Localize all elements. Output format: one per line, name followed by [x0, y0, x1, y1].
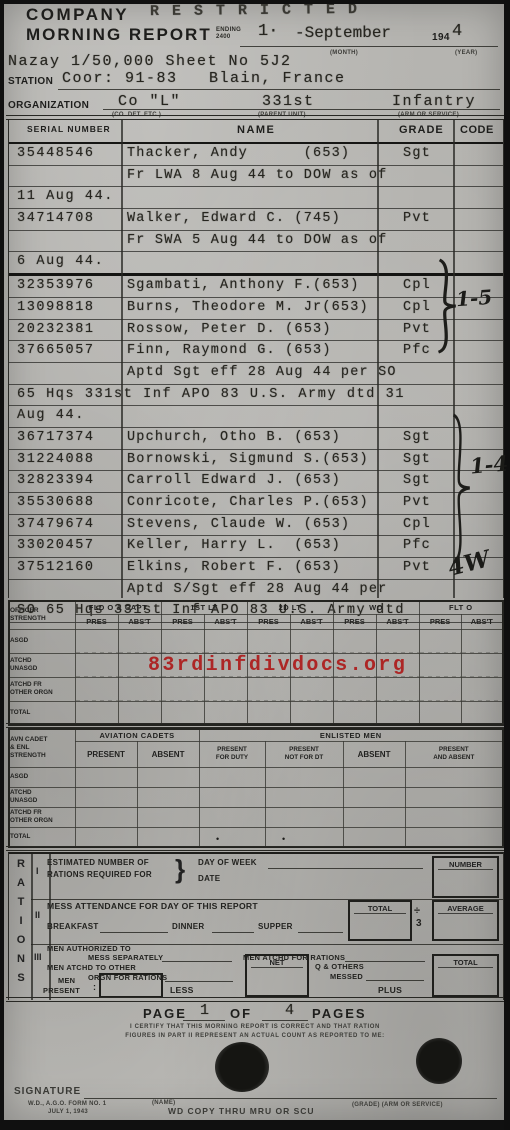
day-of-week-line: [268, 868, 423, 869]
name-cell: Thacker, Andy (653): [127, 146, 350, 161]
pres-header: PRES: [247, 614, 290, 629]
enlisted-strength-table: AVN CADET & ENL STRENGTH AVIATION CADETS…: [8, 728, 504, 848]
total2-box-label: TOTAL: [438, 958, 493, 968]
serial-cell: 20232381: [17, 322, 95, 337]
empty-cell: [199, 787, 265, 807]
table-row: 35448546 Thacker, Andy (653) Sgt: [9, 144, 503, 166]
present-header: PRESENT: [75, 741, 137, 767]
organization-company: Co "L": [118, 93, 181, 110]
strength-row-label: ASGD: [9, 767, 75, 787]
strength-row-label: ATCHD UNASGD: [9, 787, 75, 807]
empty-cell: [161, 701, 204, 725]
name-cell: Keller, Harry L. (653): [127, 538, 341, 553]
empty-cell: [405, 807, 503, 827]
empty-cell: [376, 701, 419, 725]
name-cell: Carroll Edward J. (653): [127, 473, 341, 488]
wd-copy-line: WD COPY THRU MRU OR SCU: [168, 1106, 315, 1116]
ink-dot: •: [282, 834, 285, 844]
empty-cell: [75, 767, 137, 787]
organization-arm: Infantry: [392, 93, 476, 110]
grade-cell: Pvt: [381, 495, 453, 510]
empty-cell: [376, 677, 419, 701]
signature-line: [84, 1098, 497, 1099]
scan-edge: [0, 0, 4, 1130]
empty-cell: [199, 767, 265, 787]
pres-header: PRES: [333, 614, 376, 629]
of-label: OF: [230, 1006, 252, 1021]
table-row: 37479674 Stevens, Claude W. (653) Cpl: [9, 515, 503, 537]
strength-row-label: ASGD: [9, 629, 75, 653]
colon-mark: :: [93, 982, 96, 992]
table-row: Aug 44.: [9, 406, 503, 428]
strength-row-label: TOTAL: [9, 827, 75, 847]
name-cell: Stevens, Claude W. (653): [127, 517, 350, 532]
table-row: 32353976 Sgambati, Anthony F.(653) Cpl: [9, 276, 503, 298]
fld-o-capt-header: FLD O & CAPT: [75, 601, 161, 614]
total2-box: TOTAL: [432, 954, 499, 997]
punch-hole: [416, 1038, 462, 1084]
table-row: 65 Hqs 331st Inf APO 83 U.S. Army dtd 31: [9, 385, 503, 407]
year-prefix: 194: [432, 32, 450, 43]
q-and-others-line2: MESSED: [330, 972, 363, 981]
aviation-cadets-header: AVIATION CADETS: [75, 729, 199, 741]
net-box-label: NET: [251, 958, 303, 968]
organization-label: ORGANIZATION: [8, 100, 89, 111]
serial-cell: 33020457: [17, 538, 95, 553]
wo-header: WO: [333, 601, 419, 614]
empty-cell: [204, 677, 247, 701]
number-box-label: NUMBER: [438, 860, 493, 870]
serial-cell: 32823394: [17, 473, 95, 488]
station-value: Coor: 91-83 Blain, France: [62, 70, 346, 87]
breakfast-line: [100, 932, 168, 933]
serial-cell: 11 Aug 44.: [17, 189, 114, 204]
empty-cell: [461, 677, 503, 701]
empty-cell: [333, 677, 376, 701]
name-cell: Fr LWA 8 Aug 44 to DOW as of: [127, 168, 387, 183]
pres-header: PRES: [161, 614, 204, 629]
serial-cell: 32353976: [17, 278, 95, 293]
empty-cell: [75, 787, 137, 807]
roster-table: SERIAL NUMBER NAME GRADE CODE 35448546 T…: [8, 120, 504, 598]
empty-cell: [265, 827, 343, 847]
empty-cell: [419, 701, 461, 725]
dinner-label: DINNER: [172, 922, 204, 931]
empty-cell: [343, 767, 405, 787]
serial-cell: Aug 44.: [17, 408, 85, 423]
net-box: NET: [245, 954, 309, 997]
total-box: TOTAL: [348, 900, 412, 941]
empty-cell: [405, 787, 503, 807]
pages-count: 4: [285, 1002, 294, 1019]
year-sublabel: (YEAR): [455, 50, 477, 56]
abst-header: ABS'T: [290, 614, 333, 629]
grade-arm-sublabel: (GRADE) (ARM OR SERVICE): [352, 1102, 443, 1108]
serial-cell: 6 Aug 44.: [17, 254, 104, 269]
grade-cell: Pvt: [381, 560, 453, 575]
empty-cell: [405, 767, 503, 787]
abst-header: ABS'T: [118, 614, 161, 629]
name-header: NAME: [237, 124, 275, 136]
dinner-line: [212, 932, 254, 933]
empty-cell: [265, 787, 343, 807]
watermark: 83rdinfdivdocs.org: [148, 654, 407, 677]
2d-lt-header: 2D LT: [247, 601, 333, 614]
divide-by-three: 3: [416, 918, 422, 929]
table-row: Aptd Sgt eff 28 Aug 44 per SO: [9, 363, 503, 385]
map-reference: Nazay 1/50,000 Sheet No 5J2: [8, 53, 292, 70]
empty-cell: [333, 629, 376, 653]
name-cell: Aptd S/Sgt eff 28 Aug 44 per: [127, 582, 387, 597]
abst-header: ABS'T: [376, 614, 419, 629]
strength-row-label: TOTAL: [9, 701, 75, 725]
strength-row-label: ATCHD FR OTHER ORGN: [9, 677, 75, 701]
grade-header: GRADE: [399, 124, 444, 136]
table-row: Aptd S/Sgt eff 28 Aug 44 per: [9, 580, 503, 602]
men-authorized-line2: MESS SEPARATELY: [88, 953, 163, 962]
average-box-label: AVERAGE: [438, 904, 493, 914]
name-cell: Elkins, Robert F. (653): [127, 560, 341, 575]
grade-cell: Sgt: [381, 452, 453, 467]
serial-cell: 37665057: [17, 343, 95, 358]
present-and-absent-header: PRESENT AND ABSENT: [405, 741, 503, 767]
handwritten-brace: [446, 412, 472, 564]
empty-cell: [161, 629, 204, 653]
grade-cell: Pvt: [381, 211, 453, 226]
empty-cell: [137, 827, 199, 847]
empty-cell: [419, 677, 461, 701]
empty-cell: [265, 767, 343, 787]
pres-header: PRES: [75, 614, 118, 629]
table-row: 20232381 Rossow, Peter D. (653) Pvt: [9, 320, 503, 342]
date-day: 1·: [258, 22, 278, 41]
q-and-others-line1: Q & OTHERS: [315, 962, 364, 971]
column-divider: [377, 120, 379, 598]
empty-cell: [137, 767, 199, 787]
grade-cell: Cpl: [381, 517, 453, 532]
men-authorized-line1: MEN AUTHORIZED TO: [47, 944, 131, 953]
roster-rows: 35448546 Thacker, Andy (653) Sgt Fr LWA …: [9, 144, 503, 623]
supper-label: SUPPER: [258, 922, 293, 931]
ending-time: 2400: [216, 34, 231, 40]
serial-cell: 36717374: [17, 430, 95, 445]
plus-label: PLUS: [378, 985, 402, 995]
empty-cell: [118, 629, 161, 653]
form-title-line1: COMPANY: [26, 5, 129, 25]
present-for-duty-header: PRESENT FOR DUTY: [199, 741, 265, 767]
ending-label: ENDING: [216, 27, 241, 33]
mess-attendance-title: MESS ATTENDANCE FOR DAY OF THIS REPORT: [47, 901, 258, 911]
code-header: CODE: [460, 124, 494, 136]
tally-annotation: 1-5: [455, 285, 493, 311]
date-month: -September: [295, 24, 391, 42]
pages-count-line: [262, 1020, 308, 1021]
table-row: 36717374 Upchurch, Otho B. (653) Sgt: [9, 428, 503, 450]
table-row: 34714708 Walker, Edward C. (745) Pvt: [9, 209, 503, 231]
station-label: STATION: [8, 76, 53, 87]
men-atchd-other-line1: MEN ATCHD TO OTHER: [47, 963, 136, 972]
table-row: 37665057 Finn, Raymond G. (653) Pfc: [9, 341, 503, 363]
roster-header-row: SERIAL NUMBER NAME GRADE CODE: [9, 120, 503, 144]
table-row: 37512160 Elkins, Robert F. (653) Pvt: [9, 558, 503, 580]
pres-header: PRES: [419, 614, 461, 629]
section-numeral-ii: II: [35, 910, 40, 920]
empty-cell: [405, 827, 503, 847]
pages-label: PAGES: [312, 1006, 367, 1021]
handwritten-brace: [432, 258, 458, 354]
average-box: AVERAGE: [432, 900, 499, 941]
name-cell: Burns, Theodore M. Jr(653): [127, 300, 369, 315]
serial-cell: 37479674: [17, 517, 95, 532]
empty-cell: [118, 701, 161, 725]
name-cell: Upchurch, Otho B. (653): [127, 430, 341, 445]
serial-cell: 31224088: [17, 452, 95, 467]
name-cell: Aptd Sgt eff 28 Aug 44 per SO: [127, 365, 397, 380]
officer-strength-corner: OFFICER STRENGTH: [9, 601, 75, 629]
abst-header: ABS'T: [461, 614, 503, 629]
year-digit: 4: [452, 22, 462, 41]
strength-row-label: ATCHD UNASGD: [9, 653, 75, 677]
grade-cell: Sgt: [381, 430, 453, 445]
serial-cell: 35530688: [17, 495, 95, 510]
date-underline: [240, 46, 498, 47]
grade-cell: Sgt: [381, 146, 453, 161]
name-cell: Finn, Raymond G. (653): [127, 343, 332, 358]
table-row: 35530688 Conricote, Charles P.(653) Pvt: [9, 493, 503, 515]
organization-parent: 331st: [262, 93, 315, 110]
empty-cell: [137, 807, 199, 827]
strength-row-label: ATCHD FR OTHER ORGN: [9, 807, 75, 827]
serial-cell: 35448546: [17, 146, 95, 161]
empty-cell: [137, 787, 199, 807]
table-row: 33020457 Keller, Harry L. (653) Pfc: [9, 536, 503, 558]
name-cell: Rossow, Peter D. (653): [127, 322, 332, 337]
empty-cell: [118, 677, 161, 701]
divide-sign: ÷: [414, 905, 420, 917]
section-divider: [6, 997, 504, 1002]
empty-cell: [199, 807, 265, 827]
brace-glyph: }: [175, 854, 185, 885]
empty-cell: [461, 653, 503, 677]
empty-cell: [75, 827, 137, 847]
serial-cell: 34714708: [17, 211, 95, 226]
breakfast-label: BREAKFAST: [47, 922, 99, 931]
empty-cell: [247, 629, 290, 653]
men-present-box: [99, 973, 163, 998]
date-label: DATE: [198, 874, 220, 883]
section-numeral-i: I: [36, 866, 39, 876]
empty-cell: [419, 653, 461, 677]
empty-cell: [265, 807, 343, 827]
name-cell: Conricote, Charles P.(653): [127, 495, 369, 510]
total-box-label: TOTAL: [354, 904, 406, 914]
messed-line: [366, 980, 424, 981]
tally-annotation: 1-4: [469, 450, 509, 478]
serial-cell: 37512160: [17, 560, 95, 575]
estimated-rations-line2: RATIONS REQUIRED FOR: [47, 870, 152, 879]
serial-cell: 13098818: [17, 300, 95, 315]
empty-cell: [247, 677, 290, 701]
empty-cell: [75, 653, 118, 677]
present-not-for-duty-header: PRESENT NOT FOR DT: [265, 741, 343, 767]
section-divider: [6, 846, 504, 851]
table-row: 31224088 Bornowski, Sigmund S.(653) Sgt: [9, 450, 503, 472]
enlisted-men-header: ENLISTED MEN: [199, 729, 503, 741]
estimated-rations-line1: ESTIMATED NUMBER OF: [47, 858, 149, 867]
empty-cell: [75, 701, 118, 725]
empty-cell: [333, 701, 376, 725]
empty-cell: [75, 807, 137, 827]
empty-cell: [75, 629, 118, 653]
section-numeral-iii: III: [34, 952, 42, 962]
page-label: PAGE: [143, 1006, 187, 1021]
form-number-line1: W.D., A.G.O. FORM NO. 1: [28, 1101, 106, 1107]
scan-edge: [0, 0, 510, 4]
rations-divider: [31, 854, 33, 1000]
table-row: 13098818 Burns, Theodore M. Jr(653) Cpl: [9, 298, 503, 320]
table-row: 32823394 Carroll Edward J. (653) Sgt: [9, 471, 503, 493]
page-number: 1: [200, 1002, 209, 1019]
station-underline: [58, 89, 500, 90]
punch-hole: [215, 1042, 269, 1092]
empty-cell: [161, 677, 204, 701]
column-divider: [121, 120, 123, 598]
empty-cell: [461, 629, 503, 653]
empty-cell: [461, 701, 503, 725]
name-cell: Sgambati, Anthony F.(653): [127, 278, 360, 293]
men-present-line1: MEN: [58, 976, 75, 985]
empty-cell: [343, 807, 405, 827]
scan-edge: [0, 1120, 510, 1130]
empty-cell: [290, 701, 333, 725]
serial-number-header: SERIAL NUMBER: [27, 124, 111, 134]
table-row: Fr LWA 8 Aug 44 to DOW as of: [9, 166, 503, 188]
empty-cell: [75, 677, 118, 701]
less-label: LESS: [170, 985, 194, 995]
empty-cell: [343, 787, 405, 807]
empty-cell: [290, 677, 333, 701]
table-row: 6 Aug 44.: [9, 252, 503, 276]
serial-cell: 65 Hqs 331st Inf APO 83 U.S. Army dtd 31: [17, 387, 405, 402]
empty-cell: [419, 629, 461, 653]
name-cell: Walker, Edward C. (745): [127, 211, 341, 226]
number-box: NUMBER: [432, 856, 499, 898]
morning-report-scan: COMPANY RESTRICTED MORNING REPORT ENDING…: [0, 0, 510, 1130]
flt-o-header: FLT O: [419, 601, 503, 614]
empty-cell: [343, 827, 405, 847]
certify-line1: I CERTIFY THAT THIS MORNING REPORT IS CO…: [0, 1024, 510, 1030]
empty-cell: [204, 701, 247, 725]
empty-cell: [247, 701, 290, 725]
empty-cell: [199, 827, 265, 847]
empty-cell: [204, 629, 247, 653]
mess-separately-line: [162, 961, 232, 962]
day-of-week-label: DAY OF WEEK: [198, 858, 257, 867]
orgn-for-rations-line: [165, 981, 233, 982]
grade-cell: Sgt: [381, 473, 453, 488]
name-cell: Bornowski, Sigmund S.(653): [127, 452, 369, 467]
month-sublabel: (MONTH): [330, 50, 358, 56]
avn-strength-corner: AVN CADET & ENL STRENGTH: [9, 729, 75, 767]
supper-line: [298, 932, 343, 933]
form-number-line2: JULY 1, 1943: [48, 1109, 88, 1115]
form-title-line2: MORNING REPORT: [26, 25, 212, 45]
absent-header: ABSENT: [137, 741, 199, 767]
ink-dot: •: [216, 834, 219, 844]
grade-cell: Pfc: [381, 538, 453, 553]
rations-vertical-label: RATIONS: [15, 858, 27, 996]
table-row: Fr SWA 5 Aug 44 to DOW as of: [9, 231, 503, 253]
1st-lt-header: 1ST LT: [161, 601, 247, 614]
empty-cell: [290, 629, 333, 653]
scan-edge: [504, 0, 510, 1130]
page-number-line: [183, 1020, 225, 1021]
signature-label: SIGNATURE: [14, 1086, 81, 1097]
absent-header: ABSENT: [343, 741, 405, 767]
abst-header: ABS'T: [204, 614, 247, 629]
empty-cell: [376, 629, 419, 653]
men-present-line2: PRESENT: [43, 986, 80, 995]
table-row: 11 Aug 44.: [9, 187, 503, 209]
name-cell: Fr SWA 5 Aug 44 to DOW as of: [127, 233, 387, 248]
organization-underline: [103, 109, 500, 110]
